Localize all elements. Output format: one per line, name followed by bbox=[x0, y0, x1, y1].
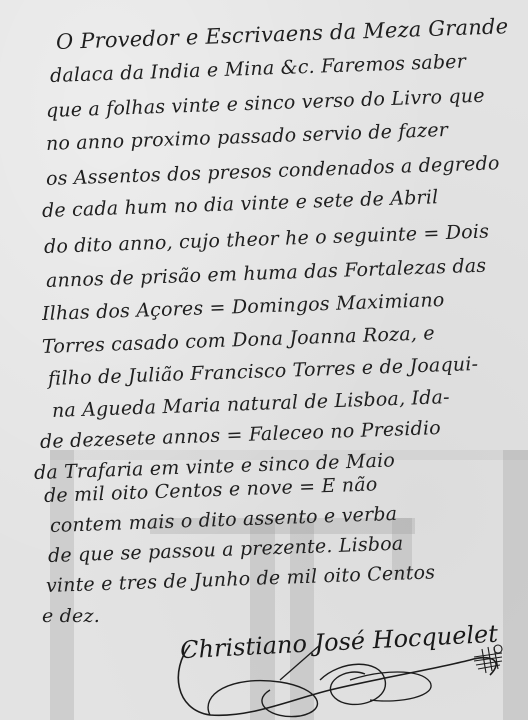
notary-mark-icon bbox=[470, 643, 506, 675]
manuscript-line: e dez. bbox=[42, 605, 100, 627]
signature-flourish-icon bbox=[170, 640, 510, 720]
